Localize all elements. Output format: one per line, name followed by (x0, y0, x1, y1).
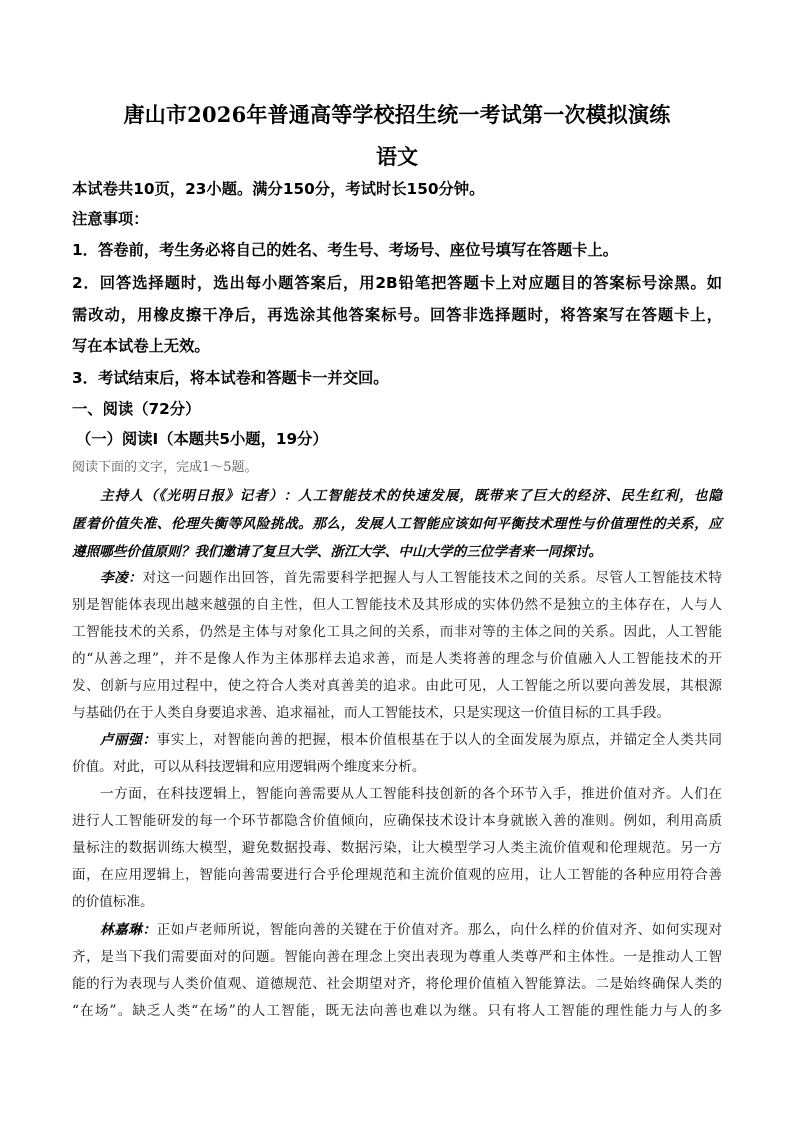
lin-jialin-line-2: 齐，是当下我们需要面对的问题。智能向善在理念上突出表现为尊重人类尊严和主体性。一… (72, 948, 722, 966)
li-ling-line-4: 的“从善之理”，并不是像人作为主体那样去追求善，而是人类将善的理念与价值融入人工… (72, 650, 722, 668)
notice-item-3: 3．考试结束后，将本试卷和答题卡一并交回。 (72, 368, 722, 388)
notice-item-2-line-1: 2．回答选择题时，选出每小题答案后，用2B铅笔把答题卡上对应题目的答案标号涂黑。… (72, 273, 722, 293)
section-heading: 一、阅读（72分） (72, 399, 722, 419)
subject-title: 语文 (0, 141, 794, 171)
lu-liqiang-paragraph-line-1: 卢丽强：事实上，对智能向善的把握，根本价值根基在于以人的全面发展为原点，并锚定全… (100, 731, 722, 749)
li-ling-paragraph-line-1: 李凌：对这一问题作出回答，首先需要科学把握人与人工智能技术之间的关系。尽管人工智… (100, 569, 722, 587)
speaker-lu-liqiang: 卢丽强： (100, 732, 157, 748)
lu-liqiang-p2-line-2: 进行人工智能研发的每一个环节都隐含价值倾向，应确保技术设计本身就嵌入善的准则。例… (72, 812, 722, 830)
lu-liqiang-line-2: 价值。对此，可以从科技逻辑和应用逻辑两个维度来分析。 (72, 758, 722, 776)
reading-instruction: 阅读下面的文字，完成1～5题。 (72, 459, 722, 477)
lu-liqiang-p2-line-5: 的价值标准。 (72, 893, 722, 911)
notice-heading: 注意事项： (72, 209, 722, 229)
host-intro-line-3: 遵照哪些价值原则？我们邀请了复旦大学、浙江大学、中山大学的三位学者来一同探讨。 (72, 543, 722, 561)
lin-jialin-line-3: 能的行为表现与人类价值观、道德规范、社会期望对齐，将伦理价值植入智能算法。二是始… (72, 975, 722, 993)
li-ling-line-6: 与基础仍在于人类自身要追求善、追求福祉，而人工智能技术，只是实现这一价值目标的工… (72, 704, 722, 722)
exam-info: 本试卷共10页，23小题。满分150分，考试时长150分钟。 (72, 179, 722, 199)
host-intro-line-2: 匿着价值失准、伦理失衡等风险挑战。那么，发展人工智能应该如何平衡技术理性与价值理… (72, 515, 722, 533)
host-intro-line-1: 主持人（《光明日报》记者）：人工智能技术的快速发展，既带来了巨大的经济、民生红利… (100, 487, 722, 505)
lu-liqiang-p2-line-3: 量标注的数据训练大模型，避免数据投毒、数据污染，让大模型学习人类主流价值观和伦理… (72, 839, 722, 857)
li-ling-line-5: 发、创新与应用过程中，使之符合人类对真善美的追求。由此可见，人工智能之所以要向善… (72, 677, 722, 695)
lu-liqiang-p2-line-1: 一方面，在科技逻辑上，智能向善需要从人工智能科技创新的各个环节入手，推进价值对齐… (100, 785, 722, 803)
exam-page: 唐山市2026年普通高等学校招生统一考试第一次模拟演练 语文 本试卷共10页，2… (0, 0, 794, 1123)
notice-item-2-line-2: 需改动，用橡皮擦干净后，再选涂其他答案标号。回答非选择题时，将答案写在答题卡上， (72, 305, 722, 325)
notice-item-2-line-3: 写在本试卷上无效。 (72, 336, 722, 356)
lin-jialin-line-4: “在场”。缺乏人类“在场”的人工智能，既无法向善也难以为继。只有将人工智能的理性… (72, 1002, 722, 1020)
subsection-heading: （一）阅读Ⅰ（本题共5小题，19分） (76, 429, 726, 449)
speaker-li-ling: 李凌： (100, 570, 142, 586)
notice-item-1: 1．答卷前，考生务必将自己的姓名、考生号、考场号、座位号填写在答题卡上。 (72, 240, 722, 260)
exam-title: 唐山市2026年普通高等学校招生统一考试第一次模拟演练 (0, 99, 794, 129)
lin-jialin-paragraph-line-1: 林嘉琳：正如卢老师所说，智能向善的关键在于价值对齐。那么，向什么样的价值对齐、如… (100, 921, 722, 939)
li-ling-line-2: 别是智能体表现出越来越强的自主性，但人工智能技术及其形成的实体仍然不是独立的主体… (72, 596, 722, 614)
lu-liqiang-p2-line-4: 面，在应用逻辑上，智能向善需要进行合乎伦理规范和主流价值观的应用，让人工智能的各… (72, 866, 722, 884)
li-ling-line-3: 工智能技术的关系，仍然是主体与对象化工具之间的关系，而非对等的主体之间的关系。因… (72, 623, 722, 641)
speaker-lin-jialin: 林嘉琳： (100, 922, 157, 938)
